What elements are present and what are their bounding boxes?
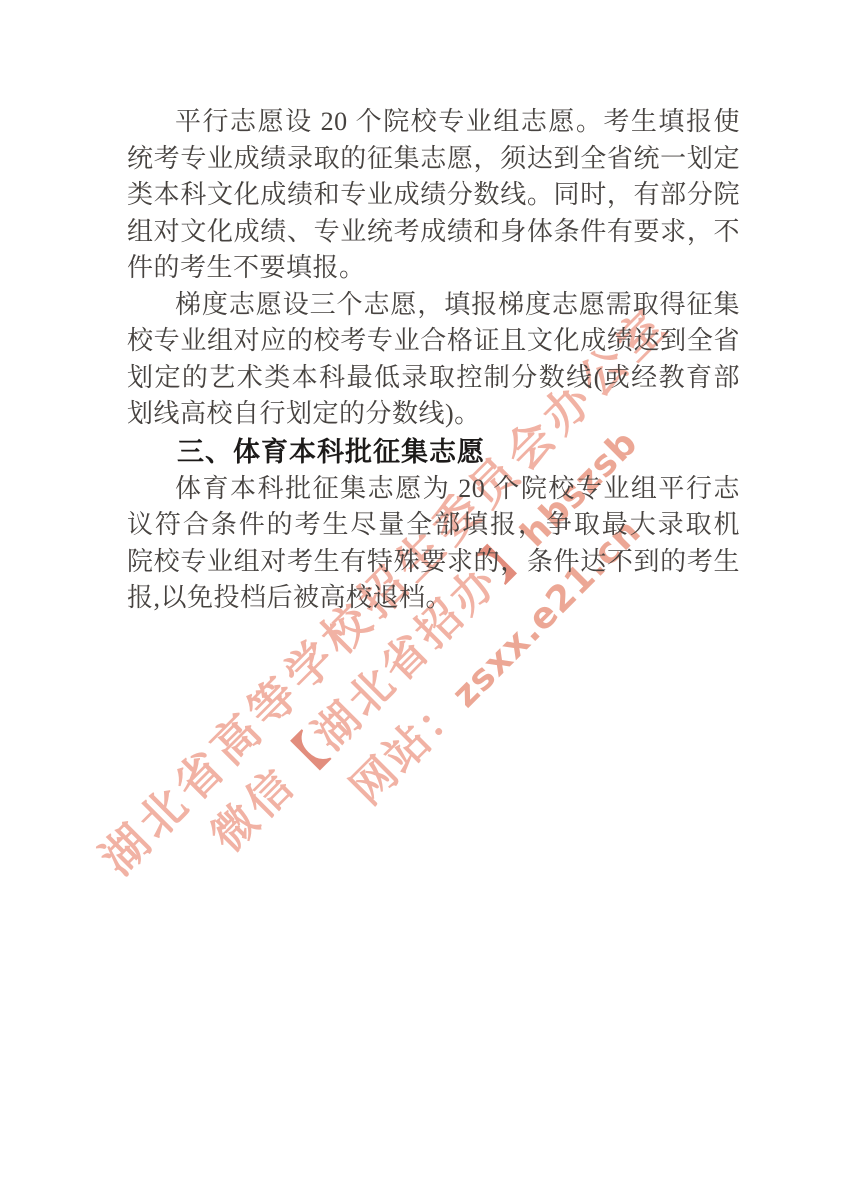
text-line: 类本科文化成绩和专业成绩分数线。同时，有部分院校专业 bbox=[127, 177, 740, 214]
text-line: 划定的艺术类本科最低录取控制分数线(或经教育部批准自 bbox=[127, 360, 740, 397]
text-line: 体育本科批征集志愿为 20 个院校专业组平行志愿，建 bbox=[127, 471, 740, 508]
text-line: 平行志愿设 20 个院校专业组志愿。考生填报使用全省 bbox=[127, 104, 740, 141]
text-line: 校专业组对应的校考专业合格证且文化成绩达到全省统一 bbox=[127, 323, 740, 360]
watermark-website-label: 网站： bbox=[342, 682, 474, 814]
section-heading: 三、体育本科批征集志愿 bbox=[127, 433, 740, 471]
text-line: 议符合条件的考生尽量全部填报，争取最大录取机会。少数 bbox=[127, 507, 740, 544]
text-line: 梯度志愿设三个志愿，填报梯度志愿需取得征集志愿院 bbox=[127, 287, 740, 324]
text-line: 院校专业组对考生有特殊要求的，条件达不到的考生不要填 bbox=[127, 544, 740, 581]
document-page: 湖北省高等学校招生委员会办公室 微信【湖北省招办】hbszsb 网站：zsxx.… bbox=[0, 0, 849, 1200]
text-line: 组对文化成绩、专业统考成绩和身体条件有要求，不符合条 bbox=[127, 214, 740, 251]
watermark-bracket-open: 【 bbox=[270, 725, 339, 794]
text-line: 报,以免投档后被高校退档。 bbox=[127, 580, 740, 617]
document-body: 平行志愿设 20 个院校专业组志愿。考生填报使用全省 统考专业成绩录取的征集志愿… bbox=[127, 104, 740, 617]
text-line: 划线高校自行划定的分数线)。 bbox=[127, 396, 740, 433]
text-line: 件的考生不要填报。 bbox=[127, 250, 740, 287]
text-line: 统考专业成绩录取的征集志愿，须达到全省统一划定的艺术 bbox=[127, 141, 740, 178]
watermark-wechat-label: 微信 bbox=[203, 759, 306, 862]
